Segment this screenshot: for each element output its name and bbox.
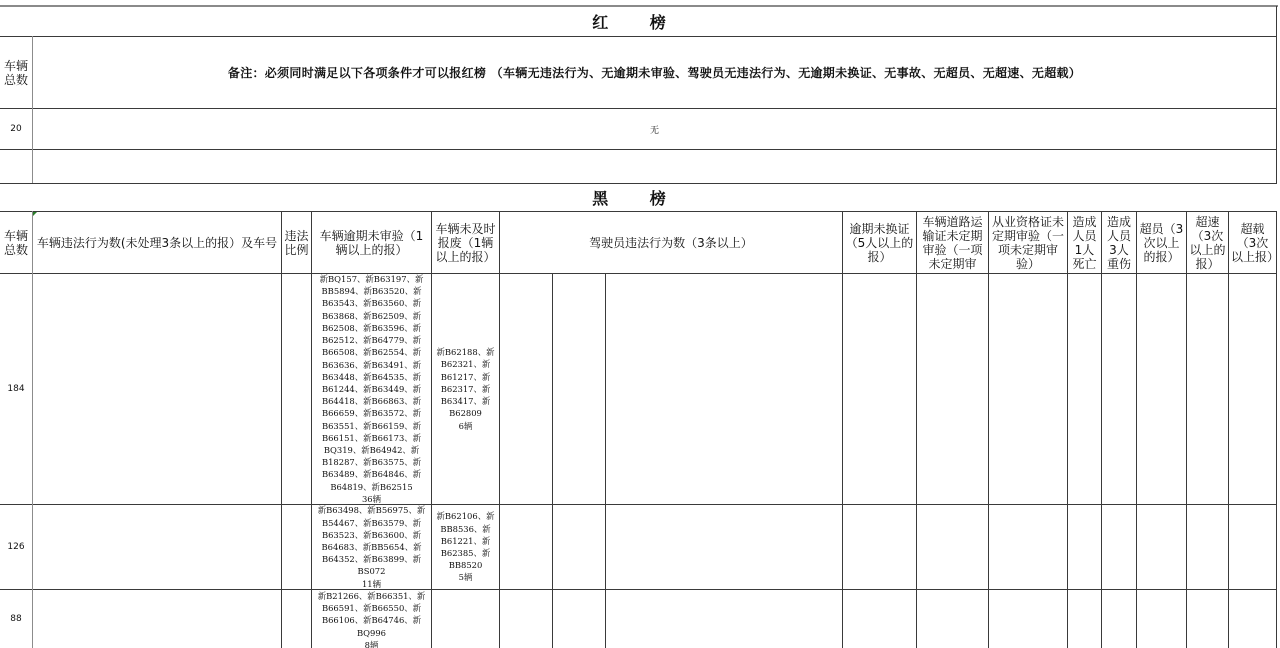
header-speeding[interactable]: 超速（3次以上的报） [1187, 212, 1228, 273]
header-overdue-inspection[interactable]: 车辆逾期未审验（1辆以上的报） [312, 212, 431, 273]
gridline [0, 36, 1277, 37]
header-overcapacity[interactable]: 超员（3次以上的报） [1137, 212, 1186, 273]
row-overdue-inspection[interactable]: 新BQ157、新B63197、新BB5894、新B63520、新B63543、新… [312, 274, 431, 504]
gridline [311, 211, 312, 648]
row-vehicle-total[interactable]: 184 [0, 274, 32, 504]
gridline [1101, 211, 1102, 648]
empty-cell[interactable] [33, 150, 1276, 183]
red-list-title[interactable]: 红 榜 [0, 7, 1276, 36]
row-vehicle-total[interactable]: 88 [0, 590, 32, 648]
gridline [552, 273, 553, 648]
header-transport-permit[interactable]: 车辆道路运输证未定期审验（一项未定期审 [917, 212, 988, 273]
gridline [1228, 211, 1229, 648]
gridline [1276, 211, 1277, 648]
plate-list: 新B21266、新B66351、新B66591、新B66550、新B66106、… [318, 591, 425, 638]
row-vehicle-violations[interactable] [33, 590, 281, 648]
row-not-scrapped[interactable]: 新B62106、新BB8536、新B61221、新B62385、新BB85205… [432, 505, 499, 589]
header-overdue-license[interactable]: 逾期未换证（5人以上的报） [843, 212, 916, 273]
gridline [1276, 6, 1277, 183]
plate-list: 新B62188、新B62321、新B61217、新B62317、新B63417、… [437, 347, 495, 418]
gridline [0, 504, 1277, 505]
row-vehicle-total[interactable]: 126 [0, 505, 32, 589]
gridline [605, 273, 606, 648]
gridline [281, 211, 282, 648]
vehicle-count: 8辆 [315, 639, 428, 648]
plate-list: 新B62106、新BB8536、新B61221、新B62385、新BB8520 [437, 511, 495, 570]
gridline [32, 36, 33, 183]
comment-indicator-icon [33, 212, 37, 216]
gridline [0, 211, 1277, 212]
header-not-scrapped[interactable]: 车辆未及时报废（1辆以上的报） [432, 212, 499, 273]
red-vehicle-total-label[interactable]: 车辆总数 [0, 37, 32, 108]
red-list-entry[interactable]: 无 [33, 109, 1276, 149]
header-qualification-cert[interactable]: 从业资格证未定期审验（一项未定期审验） [989, 212, 1067, 273]
empty-cell[interactable] [0, 150, 32, 183]
gridline [431, 211, 432, 648]
gridline [0, 589, 1277, 590]
gridline [916, 211, 917, 648]
black-list-title[interactable]: 黑 榜 [0, 184, 1276, 211]
gridline [32, 211, 33, 648]
row-violation-ratio[interactable] [282, 274, 311, 504]
spreadsheet: 红 榜 车辆总数 备注：必须同时满足以下各项条件才可以报红榜 （车辆无违法行为、… [0, 0, 1280, 648]
header-overload[interactable]: 超载（3次以上报） [1229, 212, 1276, 273]
row-not-scrapped[interactable] [432, 590, 499, 648]
gridline [988, 211, 989, 648]
row-not-scrapped[interactable]: 新B62188、新B62321、新B61217、新B62317、新B63417、… [432, 274, 499, 504]
vehicle-count: 5辆 [435, 571, 496, 583]
plate-list: 新B63498、新B56975、新B54467、新B63579、新B63523、… [318, 505, 425, 576]
vehicle-count: 6辆 [435, 420, 496, 432]
header-vehicle-violations[interactable]: 车辆违法行为数(未处理3条以上的报）及车号 [33, 212, 281, 273]
red-vehicle-total[interactable]: 20 [0, 109, 32, 149]
row-violation-ratio[interactable] [282, 505, 311, 589]
plate-list: 新BQ157、新B63197、新BB5894、新B63520、新B63543、新… [320, 274, 424, 491]
row-vehicle-violations[interactable] [33, 505, 281, 589]
gridline [1067, 211, 1068, 648]
header-serious-injury[interactable]: 造成人员3人重伤 [1102, 212, 1136, 273]
vehicle-count: 11辆 [315, 578, 428, 589]
header-driver-violations[interactable]: 驾驶员违法行为数（3条以上） [500, 212, 842, 273]
header-vehicle-total[interactable]: 车辆总数 [0, 212, 32, 273]
header-death[interactable]: 造成人员1人死亡 [1068, 212, 1101, 273]
row-vehicle-violations[interactable] [33, 274, 281, 504]
gridline [0, 149, 1277, 150]
gridline [0, 273, 1277, 274]
vehicle-count: 36辆 [315, 493, 428, 504]
gridline [0, 183, 1277, 184]
row-overdue-inspection[interactable]: 新B21266、新B66351、新B66591、新B66550、新B66106、… [312, 590, 431, 648]
red-list-note[interactable]: 备注：必须同时满足以下各项条件才可以报红榜 （车辆无违法行为、无逾期未审验、驾驶… [33, 37, 1276, 108]
gridline [842, 211, 843, 648]
gridline [1186, 211, 1187, 648]
gridline [499, 211, 500, 648]
gridline [0, 108, 1277, 109]
header-violation-ratio[interactable]: 违法比例 [282, 212, 311, 273]
row-overdue-inspection[interactable]: 新B63498、新B56975、新B54467、新B63579、新B63523、… [312, 505, 431, 589]
row-violation-ratio[interactable] [282, 590, 311, 648]
gridline [1136, 211, 1137, 648]
